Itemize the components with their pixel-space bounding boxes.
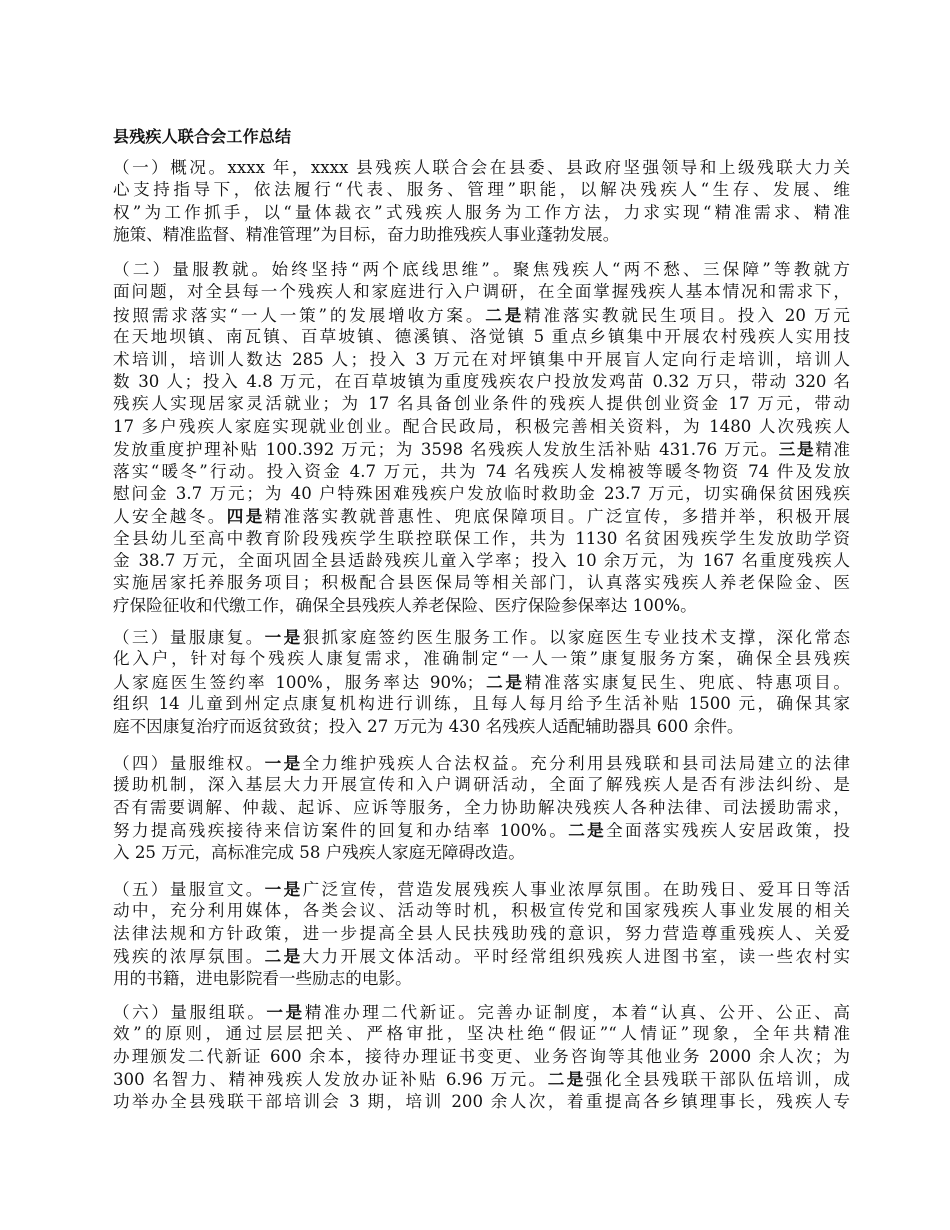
text-line: 17 多户残疾人家庭实现就业创业。配合民政局，积极完善相关资料，为 1480 人… [113, 416, 850, 438]
paragraph-p2: （二）量服教就。始终坚持“两个底线思维”。聚焦残疾人“两不愁、三保障”等教就方面… [113, 259, 850, 617]
text-line: 金 38.7 万元，全面巩固全县适龄残疾儿童入学率；投入 10 余万元，为 16… [113, 550, 850, 572]
text-line: 心支持指导下，依法履行“代表、服务、管理”职能，以解决残疾人“生存、发展、维 [113, 179, 850, 201]
text-line: 按照需求落实“一人一策”的发展增收方案。二是精准落实教就民生项目。投入 20 万… [113, 304, 850, 326]
document-title: 县残疾人联合会工作总结 [113, 124, 291, 147]
text-line: 疗保险征收和代缴工作，确保全县残疾人养老保险、医疗保险参保率达 100%。 [113, 595, 850, 617]
text-line: 落实“暖冬”行动。投入资金 4.7 万元，共为 74 名残疾人发棉被等暖冬物资 … [113, 461, 850, 483]
text-line: 否有需要调解、仲裁、起诉、应诉等服务，全力协助解决残疾人各种法律、司法援助需求， [113, 797, 850, 819]
paragraph-p6: （六）量服组联。一是精准办理二代新证。完善办证制度，本着“认真、公开、公正、高效… [113, 1001, 850, 1113]
text-line: 动中，充分利用媒体，各类会议、活动等时机，积极宣传党和国家残疾人事业发展的相关 [113, 900, 850, 922]
text-line: 面问题，对全县每一个残疾人和家庭进行入户调研，在全面掌握残疾人基本情况和需求下， [113, 281, 850, 303]
text-line: （二）量服教就。始终坚持“两个底线思维”。聚焦残疾人“两不愁、三保障”等教就方 [113, 259, 850, 281]
bold-ordinal: 一是 [266, 1002, 304, 1022]
paragraph-p1: （一）概况。xxxx 年，xxxx 县残疾人联合会在县委、县政府坚强领导和上级残… [113, 157, 850, 247]
text-line: 入 25 万元，高标准完成 58 户残疾人家庭无障碍改造。 [113, 842, 850, 864]
text-line: （三）量服康复。一是狠抓家庭签约医生服务工作。以家庭医生专业技术支撑，深化常态 [113, 626, 850, 648]
text-line: 组织 14 儿童到州定点康复机构进行训练，且每人每月给予生活补贴 1500 元，… [113, 693, 850, 715]
text-line: 在天地坝镇、南瓦镇、百草坡镇、德溪镇、洛觉镇 5 重点乡镇集中开展农村残疾人实用… [113, 326, 850, 348]
text-line: 功举办全县残联干部培训会 3 期，培训 200 余人次，着重提高各乡镇理事长，残… [113, 1091, 850, 1113]
text-line: 努力提高残疾接待来信访案件的回复和办结率 100%。二是全面落实残疾人安居政策，… [113, 819, 850, 841]
text-line: 施策、精准监督、精准管理”为目标，奋力助推残疾人事业蓬勃发展。 [113, 224, 850, 246]
text-line: 庭不因康复治疗而返贫致贫；投入 27 万元为 430 名残疾人适配辅助器具 60… [113, 716, 850, 738]
text-line: 人家庭医生签约率 100%，服务率达 90%；二是精准落实康复民生、兜底、特惠项… [113, 671, 850, 693]
text-line: 术培训，培训人数达 285 人；投入 3 万元在对坪镇集中开展盲人定向行走培训，… [113, 349, 850, 371]
bold-ordinal: 三是 [779, 439, 815, 459]
bold-ordinal: 一是 [265, 627, 303, 647]
bold-ordinal: 二是 [568, 820, 606, 840]
bold-ordinal: 二是 [483, 672, 524, 692]
bold-ordinal: 二是 [548, 1069, 586, 1089]
text-line: 援助机制，深入基层大力开展宣传和入户调研活动，全面了解残疾人是否有涉法纠纷、是 [113, 774, 850, 796]
text-line: （一）概况。xxxx 年，xxxx 县残疾人联合会在县委、县政府坚强领导和上级残… [113, 157, 850, 179]
text-line: 化入户，针对每个残疾人康复需求，准确制定“一人一策”康复服务方案，确保全县残疾 [113, 648, 850, 670]
text-line: 效”的原则，通过层层把关、严格审批，坚决杜绝“假证”“人情证”现象，全年共精准 [113, 1023, 850, 1045]
text-line: 数 30 人；投入 4.8 万元，在百草坡镇为重度残疾农户投放发鸡苗 0.32 … [113, 371, 850, 393]
paragraph-p4: （四）量服维权。一是全力维护残疾人合法权益。充分利用县残联和县司法局建立的法律援… [113, 752, 850, 864]
text-line: 发放重度护理补贴 100.392 万元；为 3598 名残疾人发放生活补贴 43… [113, 438, 850, 460]
text-line: 法律法规和方针政策，进一步提高全县人民扶残助残的意识，努力营造尊重残疾人、关爱 [113, 923, 850, 945]
paragraph-p3: （三）量服康复。一是狠抓家庭签约医生服务工作。以家庭医生专业技术支撑，深化常态化… [113, 626, 850, 738]
bold-ordinal: 二是 [485, 305, 524, 325]
text-line: 人安全越冬。四是精准落实教就普惠性、兜底保障项目。广泛宣传，多措并举，积极开展 [113, 505, 850, 527]
text-line: 全县幼儿至高中教育阶段残疾学生联控联保工作，共为 1130 名贫困残疾学生发放助… [113, 528, 850, 550]
bold-ordinal: 二是 [265, 946, 303, 966]
bold-ordinal: 四是 [227, 506, 265, 526]
bold-ordinal: 一是 [265, 753, 303, 773]
text-line: 实施居家托养服务项目；积极配合县医保局等相关部门，认真落实残疾人养老保险金、医 [113, 572, 850, 594]
text-line: 残疾的浓厚氛围。二是大力开展文体活动。平时经常组织残疾人进图书室，读一些农村实 [113, 945, 850, 967]
text-line: （六）量服组联。一是精准办理二代新证。完善办证制度，本着“认真、公开、公正、高 [113, 1001, 850, 1023]
text-line: （四）量服维权。一是全力维护残疾人合法权益。充分利用县残联和县司法局建立的法律 [113, 752, 850, 774]
bold-ordinal: 一是 [265, 879, 303, 899]
text-line: 权”为工作抓手，以“量体裁衣”式残疾人服务为工作方法，力求实现“精准需求、精准 [113, 202, 850, 224]
text-line: 残疾人实现居家灵活就业；为 17 名具备创业条件的残疾人提供创业资金 17 万元… [113, 393, 850, 415]
text-line: （五）量服宣文。一是广泛宣传，营造发展残疾人事业浓厚氛围。在助残日、爱耳日等活 [113, 878, 850, 900]
paragraph-p5: （五）量服宣文。一是广泛宣传，营造发展残疾人事业浓厚氛围。在助残日、爱耳日等活动… [113, 878, 850, 990]
text-line: 300 名智力、精神残疾人发放办证补贴 6.96 万元。二是强化全县残联干部队伍… [113, 1068, 850, 1090]
text-line: 慰问金 3.7 万元；为 40 户特殊困难残疾户发放临时救助金 23.7 万元，… [113, 483, 850, 505]
text-line: 办理颁发二代新证 600 余本，接待办理证书变更、业务咨询等其他业务 2000 … [113, 1046, 850, 1068]
text-line: 用的书籍，进电影院看一些励志的电影。 [113, 968, 850, 990]
